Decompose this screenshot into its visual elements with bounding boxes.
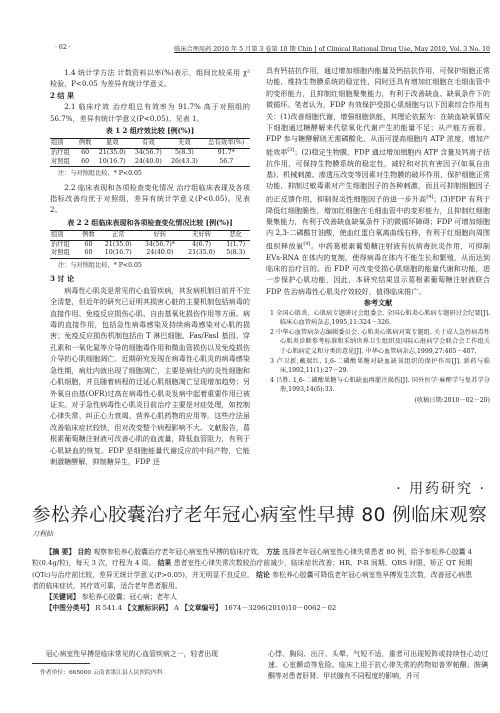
- classification-line: 【中图分类号】 R 541.4 【文献标识码】 A 【文章编号】 1674－32…: [32, 603, 472, 614]
- table-cell: 56.7: [202, 158, 250, 167]
- section-2-1: 2.1 临床疗效 治疗组总有效率为 91.7% 高于对照组的 56.7%，差异有…: [50, 101, 250, 124]
- reference-item: 3 卢卫新,戴瑞红. 1,6-二磷酸果糖对缺血缺氧组织的保护作用[J]. 新药与…: [266, 357, 490, 376]
- table-cell: 对照组: [50, 249, 79, 258]
- table2-note: 注：与对照组比较，* P<0.05: [50, 260, 250, 271]
- author-affiliation: 作者单位：665000 云南省墨江县人民医院内科: [40, 667, 163, 676]
- footnote-divider: [32, 663, 90, 664]
- table-cell: 21(35.0): [182, 249, 222, 258]
- objective-text: 观察参松养心胶囊治疗老年冠心病室性早搏的临床疗效。: [93, 548, 264, 556]
- table1-header: 组别: [50, 139, 76, 149]
- table-cell: 1(1.7): [221, 240, 250, 249]
- abstract-label: 【摘 要】: [46, 548, 76, 556]
- table2-header: 例数: [79, 231, 99, 241]
- reference-item: 4 吕胜. 1,6-二磷酸果糖与心肌缺血再灌注损伤[J]. 国外医学·麻醉学与复…: [266, 376, 490, 395]
- table-cell: 5(8.3): [221, 249, 250, 258]
- table2-header: 恶化: [221, 231, 250, 241]
- section-2-heading: 2 结 果: [50, 90, 250, 101]
- table-cell: 26(43.3): [166, 158, 202, 167]
- body-paragraph: 心悸、胸闷、出汗、头晕、气短不适，重者可出现短阵或持续性心动过速、心室颤动等危险…: [268, 649, 488, 683]
- table-cell: 24(40.0): [130, 158, 166, 167]
- table1-note: 注：与对照组比较，* P<0.05: [50, 168, 250, 179]
- table2-header: 组别: [50, 231, 79, 241]
- table-cell: 34(56.7): [130, 149, 166, 158]
- table1: 组别 例数 显效 有效 无效 总有效率(%) 治疗组 60 21(35.0) 3…: [50, 138, 250, 167]
- clc-value: R 541.4: [95, 604, 122, 612]
- journal-page: · 62 · 临床合理用药 2010 年 5 月第 3 卷第 10 期 Chin…: [0, 0, 500, 713]
- abstract-block: 【摘 要】 目的 观察参松养心胶囊治疗老年冠心病室性早搏的临床疗效。 方法 选择…: [32, 547, 472, 615]
- article-no-label: 【文章编号】: [181, 604, 222, 612]
- section-tag: · 用药研究 ·: [396, 478, 486, 498]
- table-cell: 24(40.0): [138, 249, 182, 258]
- article-no-value: 1674－3296(2010)10－0062－02: [224, 604, 336, 612]
- page-number: · 62 ·: [55, 44, 71, 51]
- keywords: 【关键词】 参松养心胶囊；冠心病；老年人: [32, 592, 472, 603]
- table2-header: 正常: [98, 231, 138, 241]
- doc-code-value: A: [174, 604, 179, 612]
- table-cell: 21(35.0): [94, 149, 130, 158]
- references-title: 参考文献: [266, 297, 490, 308]
- table-cell: 治疗组: [50, 149, 76, 158]
- table-row: 治疗组 60 21(35.0) 34(56.7)* 4(6.7) 1(1.7): [50, 240, 250, 249]
- table2-header: 好转: [138, 231, 182, 241]
- clc-label: 【中图分类号】: [46, 604, 94, 612]
- table-row: 治疗组 60 21(35.0) 34(56.7) 5(8.3) 91.7*: [50, 149, 250, 158]
- left-column: 1.4 统计学方法 计数资料以率(%)表示，组间比较采用 χ² 检验，P<0.0…: [50, 67, 250, 467]
- running-header: · 62 · 临床合理用药 2010 年 5 月第 3 卷第 10 期 Chin…: [55, 44, 490, 56]
- table-cell: 91.7*: [202, 149, 250, 158]
- received-date: (收稿日期:2010－02－20): [266, 395, 490, 406]
- table2-title: 表 2 2 组临床表现和各项检查变化情况比较 [例(%)]: [50, 217, 250, 228]
- section-2-2: 2.2 临床表现和各项检查变化情况 治疗组临床表现及各项指标改善均优于对照组，差…: [50, 182, 250, 216]
- table1-header: 无效: [166, 139, 202, 149]
- table-row: 对照组 60 10(16.7) 24(40.0) 21(35.0) 5(8.3): [50, 249, 250, 258]
- reference-item: 2 中华心血管病杂志编辑委员会. 心肌炎心肌病对策专题组. 关于成人急性病毒性心…: [266, 328, 490, 357]
- table1-header: 例数: [76, 139, 94, 149]
- table-cell: 60: [79, 240, 99, 249]
- abstract: 【摘 要】 目的 观察参松养心胶囊治疗老年冠心病室性早搏的临床疗效。 方法 选择…: [32, 547, 472, 592]
- method-label: 方法: [266, 548, 280, 556]
- reference-item: 1 全国心肌炎、心肌病专题研讨会组委会. 全国心肌炎心肌病专题研讨会纪要[J].…: [266, 309, 490, 328]
- table2-header: 无好转: [182, 231, 222, 241]
- discussion-paragraph: 病毒性心肌炎是常见的心血管疾病，其发病机制目前并不完全清楚，但近年的研究已证明其…: [50, 285, 250, 468]
- table-row: 对照组 60 10(16.7) 24(40.0) 26(43.3) 56.7: [50, 158, 250, 167]
- keywords-label: 【关键词】: [46, 593, 80, 601]
- discussion-continued: 具有钙拮抗作用，通过增加细胞内能量及钙拮抗作用，可保护细胞正常功能，维持生物膜系…: [266, 65, 490, 297]
- objective-label: 目的: [77, 548, 91, 556]
- section-1-4: 1.4 统计学方法 计数资料以率(%)表示，组间比较采用 χ² 检验，P<0.0…: [50, 67, 250, 90]
- table-cell: 10(16.7): [94, 158, 130, 167]
- table-cell: 60: [76, 149, 94, 158]
- table-cell: 60: [79, 249, 99, 258]
- article-body-right: 心悸、胸闷、出汗、头晕、气短不适，重者可出现短阵或持续性心动过速、心室颤动等危险…: [268, 642, 488, 690]
- table-cell: 4(6.7): [182, 240, 222, 249]
- keywords-text: 参松养心胶囊；冠心病；老年人: [82, 593, 177, 601]
- table-cell: 60: [76, 158, 94, 167]
- body-paragraph: 冠心病室性早搏是临床常见的心血管疾病之一，轻者出现: [32, 649, 242, 660]
- section-3-heading: 3 讨 论: [50, 273, 250, 284]
- result-label: 结果: [158, 559, 172, 567]
- table1-title: 表 1 2 组疗效比较 [例(%)]: [50, 125, 250, 136]
- table-cell: 5(8.3): [166, 149, 202, 158]
- author-name: 刀利仙: [32, 529, 53, 539]
- table1-header: 有效: [130, 139, 166, 149]
- journal-citation: 临床合理用药 2010 年 5 月第 3 卷第 10 期 Chin J of C…: [174, 44, 490, 53]
- table-cell: 10(16.7): [98, 249, 138, 258]
- table2: 组别 例数 正常 好转 无好转 恶化 治疗组 60 21(35.0) 34(56…: [50, 230, 250, 259]
- table1-header: 总有效率(%): [202, 139, 250, 149]
- table-cell: 对照组: [50, 158, 76, 167]
- conclusion-label: 结论: [256, 571, 270, 579]
- text-run: 具有钙拮抗作用，通过增加细胞内能量及钙拮抗作用，可保护细胞正常功能，维持生物膜系…: [266, 66, 490, 156]
- right-column: 具有钙拮抗作用，通过增加细胞内能量及钙拮抗作用，可保护细胞正常功能，维持生物膜系…: [266, 65, 490, 406]
- table-cell: 34(56.7)*: [138, 240, 182, 249]
- table1-header: 显效: [94, 139, 130, 149]
- table-cell: 21(35.0): [98, 240, 138, 249]
- doc-code-label: 【文献标识码】: [124, 604, 172, 612]
- article-title: 参松养心胶囊治疗老年冠心病室性早搏 80 例临床观察: [32, 501, 487, 527]
